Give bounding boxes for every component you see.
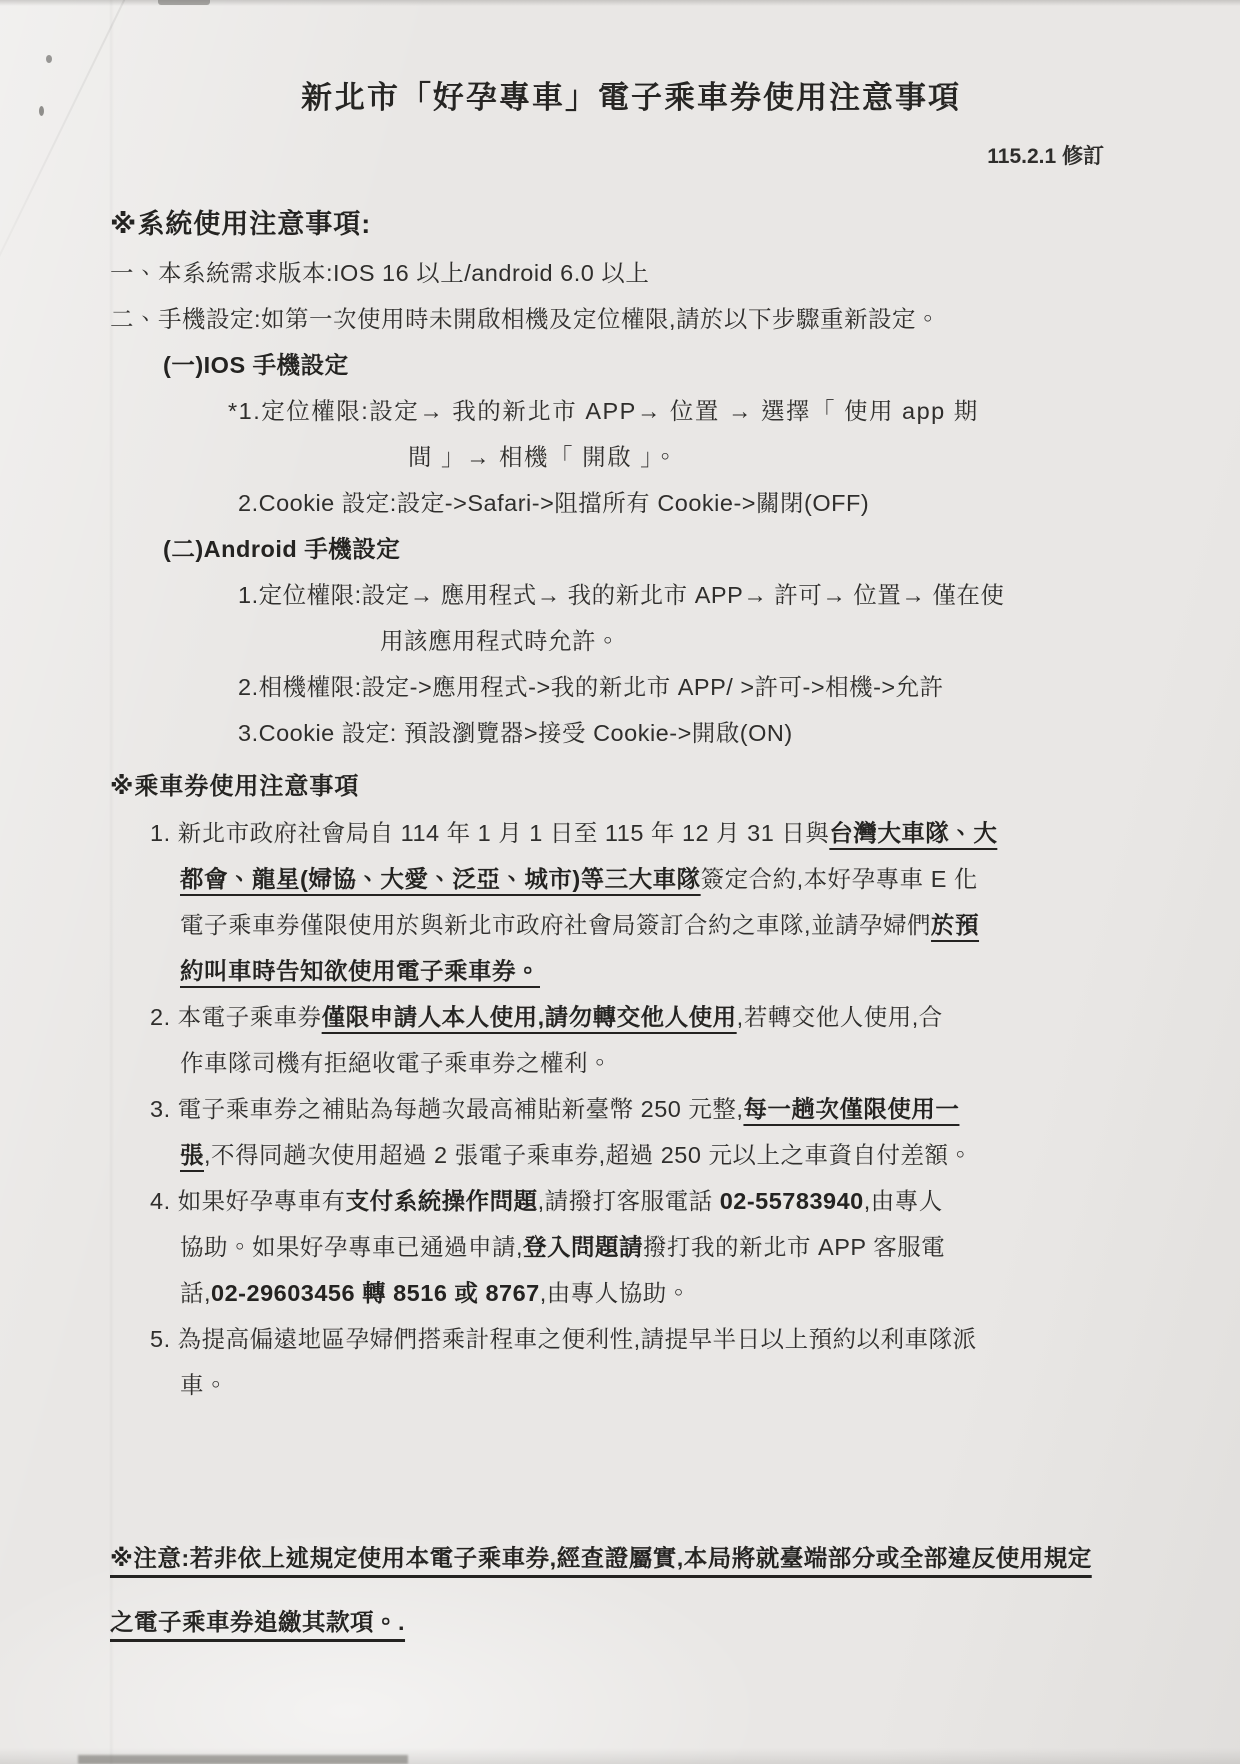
text-segment: (一)IOS 手機設定 [163,352,349,378]
penalty-note-line: ※注意:若非依上述規定使用本電子乘車券,經查證屬實,本局將就臺端部分或全部違反使… [110,1526,1152,1590]
text-segment: 登入問題請 [523,1234,643,1260]
text-segment: 話, [180,1280,211,1306]
scan-smudge [158,0,210,5]
system-section-heading-line: ※系統使用注意事項: [110,204,1152,244]
ticket-rule-5: 5. 為提高偏遠地區孕婦們搭乘計程車之便利性,請提早半日以上預約以利車隊派車。 [110,1316,1152,1408]
android-setting-heading-line: (二)Android 手機設定 [163,526,1152,572]
ticket-section-heading: ※乘車券使用注意事項 [110,764,1152,810]
text-segment: 僅限申請人本人使用,請勿轉交他人使用 [322,1004,737,1030]
text-segment: 02-55783940 [720,1188,864,1214]
text-segment: 電子乘車券僅限使用於與新北市政府社會局簽訂合約之車隊,並請孕婦們 [180,912,931,938]
system-item-phone-setting: 二、手機設定:如第一次使用時未開啟相機及定位權限,請於以下步驟重新設定。 [110,296,1152,342]
ticket-rule-1-line: 約叫車時告知欲使用電子乘車券。 [150,948,1152,994]
ticket-rule-4: 4. 如果好孕專車有支付系統操作問題,請撥打客服電話 02-55783940,由… [110,1178,1152,1316]
text-segment: 3. 電子乘車券之補貼為每趟次最高補貼新臺幣 250 元整, [150,1096,743,1122]
text-segment: 2.相機權限:設定->應用程式->我的新北市 APP/ >許可->相機->允許 [238,674,944,700]
ios-step-cookie-line: 2.Cookie 設定:設定->Safari->阻擋所有 Cookie->關閉(… [238,480,1152,526]
ios-step-location-line: 間 」→ 相機「 開啟 」。 [228,434,1152,480]
text-segment: 撥打我的新北市 APP 客服電 [643,1234,945,1260]
document-body: ※系統使用注意事項:一、本系統需求版本:IOS 16 以上/android 6.… [110,204,1152,1654]
text-segment: 02-29603456 轉 8516 或 8767 [211,1280,540,1306]
ticket-rule-1-line: 都會、龍星(婦協、大愛、泛亞、城市)等三大車隊簽定合約,本好孕專車 E 化 [150,856,1152,902]
ticket-rule-1-line: 電子乘車券僅限使用於與新北市政府社會局簽訂合約之車隊,並請孕婦們於預 [150,902,1152,948]
ios-step-location-line: *1.定位權限:設定→ 我的新北市 APP→ 位置 → 選擇「 使用 app 期 [228,388,1152,434]
text-segment: 支付系統操作問題 [346,1188,538,1214]
text-segment: 於預 [931,912,979,938]
ticket-section-heading-line: ※乘車券使用注意事項 [110,764,1152,810]
ticket-rule-3-line: 3. 電子乘車券之補貼為每趟次最高補貼新臺幣 250 元整,每一趟次僅限使用一 [150,1086,1152,1132]
ios-setting-heading-line: (一)IOS 手機設定 [163,342,1152,388]
text-segment: 每一趟次僅限使用一 [743,1096,959,1122]
text-segment: 4. 如果好孕專車有 [150,1188,346,1214]
text-segment: 簽定合約,本好孕專車 E 化 [701,866,978,892]
scan-edge-shadow [78,1755,408,1764]
text-segment: ,請撥打客服電話 [538,1188,720,1214]
text-segment: 3.Cookie 設定: 預設瀏覽器>接受 Cookie->開啟(ON) [238,720,793,746]
text-segment: 作車隊司機有拒絕收電子乘車券之權利。 [180,1050,612,1076]
text-segment: ,由專人 [864,1188,943,1214]
ticket-rule-3-line: 張,不得同趟次使用超過 2 張電子乘車券,超過 250 元以上之車資自付差額。 [150,1132,1152,1178]
android-step-camera: 2.相機權限:設定->應用程式->我的新北市 APP/ >許可->相機->允許 [110,664,1152,710]
text-segment: 協助。如果好孕專車已通過申請, [180,1234,523,1260]
android-step-cookie: 3.Cookie 設定: 預設瀏覽器>接受 Cookie->開啟(ON) [110,710,1152,756]
text-segment: 1. 新北市政府社會局自 114 年 1 月 1 日至 115 年 12 月 3… [150,820,829,846]
text-segment: 5. 為提高偏遠地區孕婦們搭乘計程車之便利性,請提早半日以上預約以利車隊派 [150,1326,977,1352]
text-segment: 台灣大車隊、大 [829,820,997,846]
android-step-camera-line: 2.相機權限:設定->應用程式->我的新北市 APP/ >許可->相機->允許 [238,664,1152,710]
text-segment: (二)Android 手機設定 [163,536,400,562]
ticket-rule-4-line: 4. 如果好孕專車有支付系統操作問題,請撥打客服電話 02-55783940,由… [150,1178,1152,1224]
revision-label: 115.2.1 修訂 [110,144,1152,170]
text-segment: ※系統使用注意事項: [110,209,371,239]
text-segment: 間 」→ 相機「 開啟 」。 [408,444,678,470]
ticket-rule-2-line: 作車隊司機有拒絕收電子乘車券之權利。 [150,1040,1152,1086]
document-content: 新北市「好孕專車」電子乘車券使用注意事項 115.2.1 修訂 ※系統使用注意事… [0,0,1240,1654]
text-segment: ,不得同趟次使用超過 2 張電子乘車券,超過 250 元以上之車資自付差額。 [204,1142,972,1168]
system-section-heading: ※系統使用注意事項: [110,204,1152,244]
text-segment: 之電子乘車券追繳其款項。. [110,1609,405,1635]
ticket-rule-5-line: 5. 為提高偏遠地區孕婦們搭乘計程車之便利性,請提早半日以上預約以利車隊派 [150,1316,1152,1362]
text-segment: 一、本系統需求版本:IOS 16 以上/android 6.0 以上 [110,260,649,286]
text-segment: 2.Cookie 設定:設定->Safari->阻擋所有 Cookie->關閉(… [238,490,869,516]
text-segment: *1.定位權限:設定→ 我的新北市 APP→ 位置 → 選擇「 使用 app 期 [228,398,979,424]
ticket-rule-4-line: 協助。如果好孕專車已通過申請,登入問題請撥打我的新北市 APP 客服電 [150,1224,1152,1270]
scanned-document-page: 新北市「好孕專車」電子乘車券使用注意事項 115.2.1 修訂 ※系統使用注意事… [0,0,1240,1764]
text-segment: 車。 [180,1372,228,1398]
ios-step-location: *1.定位權限:設定→ 我的新北市 APP→ 位置 → 選擇「 使用 app 期… [110,388,1152,480]
ticket-rule-4-line: 話,02-29603456 轉 8516 或 8767,由專人協助。 [150,1270,1152,1316]
ios-setting-heading: (一)IOS 手機設定 [110,342,1152,388]
ticket-rule-1: 1. 新北市政府社會局自 114 年 1 月 1 日至 115 年 12 月 3… [110,810,1152,994]
android-step-location-line: 1.定位權限:設定→ 應用程式→ 我的新北市 APP→ 許可→ 位置→ 僅在使 [238,572,1152,618]
ticket-rule-2: 2. 本電子乘車券僅限申請人本人使用,請勿轉交他人使用,若轉交他人使用,合作車隊… [110,994,1152,1086]
text-segment: 都會、龍星(婦協、大愛、泛亞、城市)等三大車隊 [180,866,701,892]
paper-speck [46,55,52,63]
text-segment: 1.定位權限:設定→ 應用程式→ 我的新北市 APP→ 許可→ 位置→ 僅在使 [238,582,1004,608]
ticket-rule-1-line: 1. 新北市政府社會局自 114 年 1 月 1 日至 115 年 12 月 3… [150,810,1152,856]
ticket-rule-2-line: 2. 本電子乘車券僅限申請人本人使用,請勿轉交他人使用,若轉交他人使用,合 [150,994,1152,1040]
android-step-cookie-line: 3.Cookie 設定: 預設瀏覽器>接受 Cookie->開啟(ON) [238,710,1152,756]
text-segment: 2. 本電子乘車券 [150,1004,322,1030]
document-title: 新北市「好孕專車」電子乘車券使用注意事項 [110,78,1152,118]
penalty-note: ※注意:若非依上述規定使用本電子乘車券,經查證屬實,本局將就臺端部分或全部違反使… [110,1526,1152,1654]
ios-step-cookie: 2.Cookie 設定:設定->Safari->阻擋所有 Cookie->關閉(… [110,480,1152,526]
paper-speck [39,106,44,116]
text-segment: ,若轉交他人使用,合 [737,1004,943,1030]
text-segment: 約叫車時告知欲使用電子乘車券。 [180,958,540,984]
android-setting-heading: (二)Android 手機設定 [110,526,1152,572]
ticket-rule-5-line: 車。 [150,1362,1152,1408]
text-segment: 二、手機設定:如第一次使用時未開啟相機及定位權限,請於以下步驟重新設定。 [110,306,940,332]
android-step-location: 1.定位權限:設定→ 應用程式→ 我的新北市 APP→ 許可→ 位置→ 僅在使用… [110,572,1152,664]
android-step-location-line: 用該應用程式時允許。 [238,618,1152,664]
system-item-version: 一、本系統需求版本:IOS 16 以上/android 6.0 以上 [110,250,1152,296]
text-segment: ,由專人協助。 [540,1280,691,1306]
system-item-phone-setting-line: 二、手機設定:如第一次使用時未開啟相機及定位權限,請於以下步驟重新設定。 [110,296,1152,342]
text-segment: 用該應用程式時允許。 [380,628,620,654]
text-segment: 張 [180,1142,204,1168]
system-item-version-line: 一、本系統需求版本:IOS 16 以上/android 6.0 以上 [110,250,1152,296]
penalty-note-line: 之電子乘車券追繳其款項。. [110,1590,1152,1654]
ticket-rule-3: 3. 電子乘車券之補貼為每趟次最高補貼新臺幣 250 元整,每一趟次僅限使用一張… [110,1086,1152,1178]
text-segment: ※乘車券使用注意事項 [110,773,359,800]
text-segment: ※注意:若非依上述規定使用本電子乘車券,經查證屬實,本局將就臺端部分或全部違反使… [110,1545,1092,1571]
